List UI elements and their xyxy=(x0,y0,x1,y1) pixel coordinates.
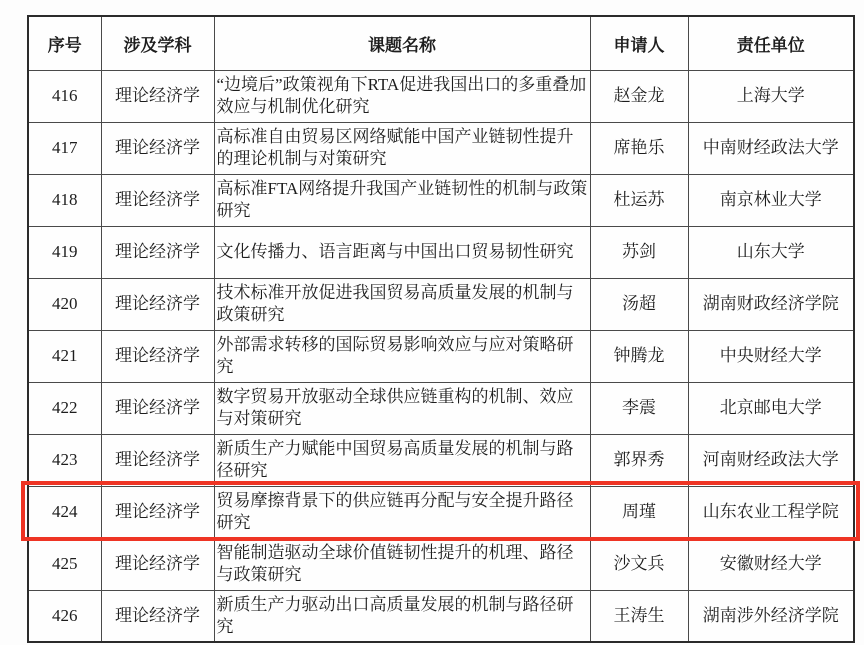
cell-applicant: 李震 xyxy=(590,382,688,434)
cell-applicant: 汤超 xyxy=(590,278,688,330)
table-row: 425理论经济学智能制造驱动全球价值链韧性提升的机理、路径与政策研究沙文兵安徽财… xyxy=(28,538,854,590)
cell-discipline: 理论经济学 xyxy=(101,278,214,330)
cell-applicant: 赵金龙 xyxy=(590,70,688,122)
cell-title: 智能制造驱动全球价值链韧性提升的机理、路径与政策研究 xyxy=(214,538,590,590)
cell-no: 425 xyxy=(28,538,101,590)
cell-title: “边境后”政策视角下RTA促进我国出口的多重叠加效应与机制优化研究 xyxy=(214,70,590,122)
column-header-no: 序号 xyxy=(28,16,101,70)
cell-unit: 安徽财经大学 xyxy=(688,538,854,590)
cell-discipline: 理论经济学 xyxy=(101,434,214,486)
cell-applicant: 钟腾龙 xyxy=(590,330,688,382)
cell-applicant: 王涛生 xyxy=(590,590,688,642)
cell-unit: 上海大学 xyxy=(688,70,854,122)
table-row: 422理论经济学数字贸易开放驱动全球供应链重构的机制、效应与对策研究李震北京邮电… xyxy=(28,382,854,434)
cell-discipline: 理论经济学 xyxy=(101,538,214,590)
cell-unit: 中央财经大学 xyxy=(688,330,854,382)
table-header-row: 序号 涉及学科 课题名称 申请人 责任单位 xyxy=(28,16,854,70)
table-body: 416理论经济学“边境后”政策视角下RTA促进我国出口的多重叠加效应与机制优化研… xyxy=(28,70,854,642)
table-row: 417理论经济学高标准自由贸易区网络赋能中国产业链韧性提升的理论机制与对策研究席… xyxy=(28,122,854,174)
cell-title: 高标准自由贸易区网络赋能中国产业链韧性提升的理论机制与对策研究 xyxy=(214,122,590,174)
cell-no: 416 xyxy=(28,70,101,122)
cell-discipline: 理论经济学 xyxy=(101,226,214,278)
cell-title: 外部需求转移的国际贸易影响效应与应对策略研究 xyxy=(214,330,590,382)
cell-applicant: 席艳乐 xyxy=(590,122,688,174)
cell-unit: 南京林业大学 xyxy=(688,174,854,226)
cell-no: 419 xyxy=(28,226,101,278)
table-row: 421理论经济学外部需求转移的国际贸易影响效应与应对策略研究钟腾龙中央财经大学 xyxy=(28,330,854,382)
cell-unit: 山东农业工程学院 xyxy=(688,486,854,538)
cell-discipline: 理论经济学 xyxy=(101,70,214,122)
cell-discipline: 理论经济学 xyxy=(101,122,214,174)
cell-unit: 北京邮电大学 xyxy=(688,382,854,434)
cell-title: 数字贸易开放驱动全球供应链重构的机制、效应与对策研究 xyxy=(214,382,590,434)
table-row: 418理论经济学高标准FTA网络提升我国产业链韧性的机制与政策研究杜运苏南京林业… xyxy=(28,174,854,226)
cell-unit: 河南财经政法大学 xyxy=(688,434,854,486)
table-row: 426理论经济学新质生产力驱动出口高质量发展的机制与路径研究王涛生湖南涉外经济学… xyxy=(28,590,854,642)
cell-no: 418 xyxy=(28,174,101,226)
cell-applicant: 苏剑 xyxy=(590,226,688,278)
cell-no: 422 xyxy=(28,382,101,434)
table-row: 423理论经济学新质生产力赋能中国贸易高质量发展的机制与路径研究郭界秀河南财经政… xyxy=(28,434,854,486)
cell-no: 423 xyxy=(28,434,101,486)
cell-no: 426 xyxy=(28,590,101,642)
cell-discipline: 理论经济学 xyxy=(101,590,214,642)
table-row: 420理论经济学技术标准开放促进我国贸易高质量发展的机制与政策研究汤超湖南财政经… xyxy=(28,278,854,330)
cell-discipline: 理论经济学 xyxy=(101,330,214,382)
cell-title: 新质生产力赋能中国贸易高质量发展的机制与路径研究 xyxy=(214,434,590,486)
cell-no: 420 xyxy=(28,278,101,330)
cell-no: 421 xyxy=(28,330,101,382)
cell-title: 技术标准开放促进我国贸易高质量发展的机制与政策研究 xyxy=(214,278,590,330)
cell-title: 高标准FTA网络提升我国产业链韧性的机制与政策研究 xyxy=(214,174,590,226)
project-approval-table: 序号 涉及学科 课题名称 申请人 责任单位 416理论经济学“边境后”政策视角下… xyxy=(27,15,855,643)
cell-unit: 湖南涉外经济学院 xyxy=(688,590,854,642)
cell-no: 417 xyxy=(28,122,101,174)
cell-discipline: 理论经济学 xyxy=(101,174,214,226)
cell-applicant: 郭界秀 xyxy=(590,434,688,486)
cell-title: 文化传播力、语言距离与中国出口贸易韧性研究 xyxy=(214,226,590,278)
column-header-applicant: 申请人 xyxy=(590,16,688,70)
cell-applicant: 周瑾 xyxy=(590,486,688,538)
column-header-title: 课题名称 xyxy=(214,16,590,70)
column-header-unit: 责任单位 xyxy=(688,16,854,70)
table-row: 416理论经济学“边境后”政策视角下RTA促进我国出口的多重叠加效应与机制优化研… xyxy=(28,70,854,122)
cell-applicant: 沙文兵 xyxy=(590,538,688,590)
table-row: 424理论经济学贸易摩擦背景下的供应链再分配与安全提升路径研究周瑾山东农业工程学… xyxy=(28,486,854,538)
cell-unit: 湖南财政经济学院 xyxy=(688,278,854,330)
cell-unit: 中南财经政法大学 xyxy=(688,122,854,174)
cell-discipline: 理论经济学 xyxy=(101,486,214,538)
cell-title: 新质生产力驱动出口高质量发展的机制与路径研究 xyxy=(214,590,590,642)
cell-no: 424 xyxy=(28,486,101,538)
cell-applicant: 杜运苏 xyxy=(590,174,688,226)
cell-discipline: 理论经济学 xyxy=(101,382,214,434)
cell-unit: 山东大学 xyxy=(688,226,854,278)
column-header-discipline: 涉及学科 xyxy=(101,16,214,70)
table-row: 419理论经济学文化传播力、语言距离与中国出口贸易韧性研究苏剑山东大学 xyxy=(28,226,854,278)
cell-title: 贸易摩擦背景下的供应链再分配与安全提升路径研究 xyxy=(214,486,590,538)
